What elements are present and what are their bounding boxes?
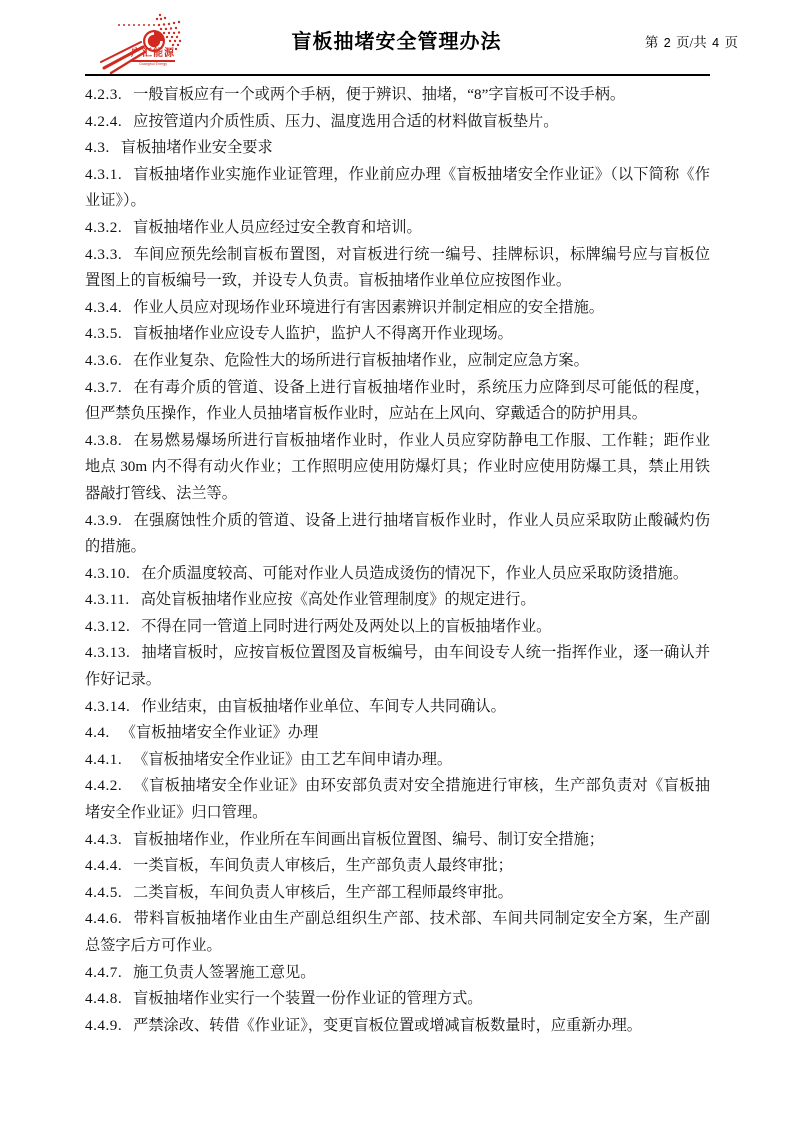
clause-number: 4.4.3.	[85, 831, 122, 848]
clause-paragraph: 4.3.5.盲板抽堵作业应设专人监护，监护人不得离开作业现场。	[85, 321, 710, 348]
clause-text: 盲板抽堵作业应设专人监护，监护人不得离开作业现场。	[133, 325, 513, 342]
clause-paragraph: 4.3.7.在有毒介质的管道、设备上进行盲板抽堵作业时，系统压力应降到尽可能低的…	[85, 375, 710, 428]
clause-text: 在强腐蚀性介质的管道、设备上进行抽堵盲板作业时，作业人员应采取防止酸碱灼伤的措施…	[85, 512, 710, 556]
clause-paragraph: 4.4.5.二类盲板，车间负责人审核后，生产部工程师最终审批。	[85, 880, 710, 907]
clause-number: 4.2.4.	[85, 113, 122, 130]
clause-text: 盲板抽堵作业实行一个装置一份作业证的管理方式。	[133, 990, 482, 1007]
clause-number: 4.2.3.	[85, 86, 122, 103]
clause-paragraph: 4.3.14.作业结束，由盲板抽堵作业单位、车间专人共同确认。	[85, 694, 710, 721]
clause-text: 施工负责人签署施工意见。	[133, 964, 315, 981]
clause-paragraph: 4.3.4.作业人员应对现场作业环境进行有害因素辨识并制定相应的安全措施。	[85, 295, 710, 322]
clause-paragraph: 4.4.2.《盲板抽堵安全作业证》由环安部负责对安全措施进行审核，生产部负责对《…	[85, 773, 710, 826]
clause-text: 车间应预先绘制盲板布置图，对盲板进行统一编号、挂牌标识，标牌编号应与盲板位置图上…	[85, 246, 710, 290]
clause-text: 作业结束，由盲板抽堵作业单位、车间专人共同确认。	[141, 698, 506, 715]
clause-text: 在介质温度较高、可能对作业人员造成烫伤的情况下，作业人员应采取防烫措施。	[141, 565, 688, 582]
clause-text: 带料盲板抽堵作业由生产副总组织生产部、技术部、车间共同制定安全方案，生产副总签字…	[85, 910, 710, 954]
clause-number: 4.4.2.	[85, 777, 122, 794]
clause-paragraph: 4.3.1.盲板抽堵作业实施作业证管理，作业前应办理《盲板抽堵安全作业证》（以下…	[85, 162, 710, 215]
page-number-current: 2	[662, 36, 673, 50]
document-page: 广汇能源 Guanghui Energy 盲板抽堵安全管理办法 第 2 页/共 …	[0, 0, 793, 1122]
clause-text: 不得在同一管道上同时进行两处及两处以上的盲板抽堵作业。	[141, 618, 551, 635]
clause-paragraph: 4.3.11.高处盲板抽堵作业应按《高处作业管理制度》的规定进行。	[85, 587, 710, 614]
clause-number: 4.3.10.	[85, 565, 130, 582]
clause-number: 4.3.9.	[85, 512, 122, 529]
clause-paragraph: 4.3.13.抽堵盲板时，应按盲板位置图及盲板编号，由车间设专人统一指挥作业，逐…	[85, 640, 710, 693]
clause-number: 4.4.5.	[85, 884, 122, 901]
clause-number: 4.3.11.	[85, 591, 130, 608]
clause-number: 4.4.4.	[85, 857, 122, 874]
clause-text: 高处盲板抽堵作业应按《高处作业管理制度》的规定进行。	[141, 591, 536, 608]
clause-text: 一般盲板应有一个或两个手柄，便于辨识、抽堵，“8”字盲板可不设手柄。	[133, 86, 625, 103]
clause-number: 4.3.1.	[85, 166, 122, 183]
clause-text: 《盲板抽堵安全作业证》办理	[121, 724, 318, 741]
clause-paragraph: 4.4.4.一类盲板，车间负责人审核后，生产部负责人最终审批；	[85, 853, 710, 880]
clause-text: 作业人员应对现场作业环境进行有害因素辨识并制定相应的安全措施。	[133, 299, 604, 316]
clause-text: 应按管道内介质性质、压力、温度选用合适的材料做盲板垫片。	[133, 113, 558, 130]
page-number-mid: 页/共	[676, 35, 707, 50]
clause-paragraph: 4.4.1.《盲板抽堵安全作业证》由工艺车间申请办理。	[85, 747, 710, 774]
clause-number: 4.3.7.	[85, 379, 122, 396]
clause-number: 4.4.	[85, 724, 110, 741]
clause-text: 二类盲板，车间负责人审核后，生产部工程师最终审批。	[133, 884, 513, 901]
clause-text: 《盲板抽堵安全作业证》由环安部负责对安全措施进行审核，生产部负责对《盲板抽堵安全…	[85, 777, 710, 821]
clause-paragraph: 4.2.3.一般盲板应有一个或两个手柄，便于辨识、抽堵，“8”字盲板可不设手柄。	[85, 82, 710, 109]
document-body: 4.2.3.一般盲板应有一个或两个手柄，便于辨识、抽堵，“8”字盲板可不设手柄。…	[85, 82, 710, 1039]
clause-number: 4.4.1.	[85, 751, 122, 768]
clause-paragraph: 4.4.3.盲板抽堵作业，作业所在车间画出盲板位置图、编号、制订安全措施；	[85, 827, 710, 854]
clause-text: 在作业复杂、危险性大的场所进行盲板抽堵作业，应制定应急方案。	[133, 352, 589, 369]
clause-number: 4.4.6.	[85, 910, 122, 927]
clause-number: 4.3.6.	[85, 352, 122, 369]
clause-text: 抽堵盲板时，应按盲板位置图及盲板编号，由车间设专人统一指挥作业，逐一确认并作好记…	[85, 644, 710, 688]
clause-paragraph: 4.4.《盲板抽堵安全作业证》办理	[85, 720, 710, 747]
clause-text: 在易燃易爆场所进行盲板抽堵作业时，作业人员应穿防静电工作服、工作鞋；距作业地点 …	[85, 432, 710, 502]
clause-text: 盲板抽堵作业安全要求	[121, 139, 273, 156]
page-header: 广汇能源 Guanghui Energy 盲板抽堵安全管理办法 第 2 页/共 …	[0, 0, 793, 76]
header-divider	[85, 74, 710, 76]
clause-number: 4.3.	[85, 139, 110, 156]
clause-paragraph: 4.3.12.不得在同一管道上同时进行两处及两处以上的盲板抽堵作业。	[85, 614, 710, 641]
clause-number: 4.3.8.	[85, 432, 122, 449]
clause-number: 4.4.9.	[85, 1017, 122, 1034]
clause-paragraph: 4.4.8.盲板抽堵作业实行一个装置一份作业证的管理方式。	[85, 986, 710, 1013]
clause-text: 一类盲板，车间负责人审核后，生产部负责人最终审批；	[133, 857, 513, 874]
clause-paragraph: 4.4.9.严禁涂改、转借《作业证》，变更盲板位置或增减盲板数量时，应重新办理。	[85, 1013, 710, 1040]
clause-number: 4.4.7.	[85, 964, 122, 981]
clause-paragraph: 4.4.7.施工负责人签署施工意见。	[85, 960, 710, 987]
clause-paragraph: 4.2.4.应按管道内介质性质、压力、温度选用合适的材料做盲板垫片。	[85, 109, 710, 136]
clause-paragraph: 4.3.6.在作业复杂、危险性大的场所进行盲板抽堵作业，应制定应急方案。	[85, 348, 710, 375]
clause-paragraph: 4.3.9.在强腐蚀性介质的管道、设备上进行抽堵盲板作业时，作业人员应采取防止酸…	[85, 508, 710, 561]
clause-paragraph: 4.3.3.车间应预先绘制盲板布置图，对盲板进行统一编号、挂牌标识，标牌编号应与…	[85, 242, 710, 295]
clause-number: 4.3.13.	[85, 644, 130, 661]
clause-number: 4.4.8.	[85, 990, 122, 1007]
page-number: 第 2 页/共 4 页	[645, 31, 738, 51]
clause-paragraph: 4.3.盲板抽堵作业安全要求	[85, 135, 710, 162]
page-number-total: 4	[710, 36, 721, 50]
clause-paragraph: 4.3.8.在易燃易爆场所进行盲板抽堵作业时，作业人员应穿防静电工作服、工作鞋；…	[85, 428, 710, 508]
clause-paragraph: 4.3.2.盲板抽堵作业人员应经过安全教育和培训。	[85, 215, 710, 242]
page-number-prefix: 第	[645, 35, 659, 50]
clause-number: 4.3.5.	[85, 325, 122, 342]
page-number-suffix: 页	[725, 35, 739, 50]
clause-paragraph: 4.3.10.在介质温度较高、可能对作业人员造成烫伤的情况下，作业人员应采取防烫…	[85, 561, 710, 588]
clause-text: 盲板抽堵作业，作业所在车间画出盲板位置图、编号、制订安全措施；	[133, 831, 604, 848]
clause-text: 盲板抽堵作业实施作业证管理，作业前应办理《盲板抽堵安全作业证》（以下简称《作业证…	[85, 166, 710, 210]
clause-number: 4.3.4.	[85, 299, 122, 316]
clause-text: 在有毒介质的管道、设备上进行盲板抽堵作业时，系统压力应降到尽可能低的程度，但严禁…	[85, 379, 710, 423]
clause-text: 《盲板抽堵安全作业证》由工艺车间申请办理。	[133, 751, 452, 768]
logo-brand-name-en: Guanghui Energy	[133, 62, 173, 66]
clause-number: 4.3.12.	[85, 618, 130, 635]
clause-paragraph: 4.4.6.带料盲板抽堵作业由生产副总组织生产部、技术部、车间共同制定安全方案，…	[85, 906, 710, 959]
clause-number: 4.3.2.	[85, 219, 122, 236]
clause-number: 4.3.14.	[85, 698, 130, 715]
clause-text: 盲板抽堵作业人员应经过安全教育和培训。	[133, 219, 422, 236]
clause-number: 4.3.3.	[85, 246, 122, 263]
clause-text: 严禁涂改、转借《作业证》，变更盲板位置或增减盲板数量时，应重新办理。	[133, 1017, 642, 1034]
